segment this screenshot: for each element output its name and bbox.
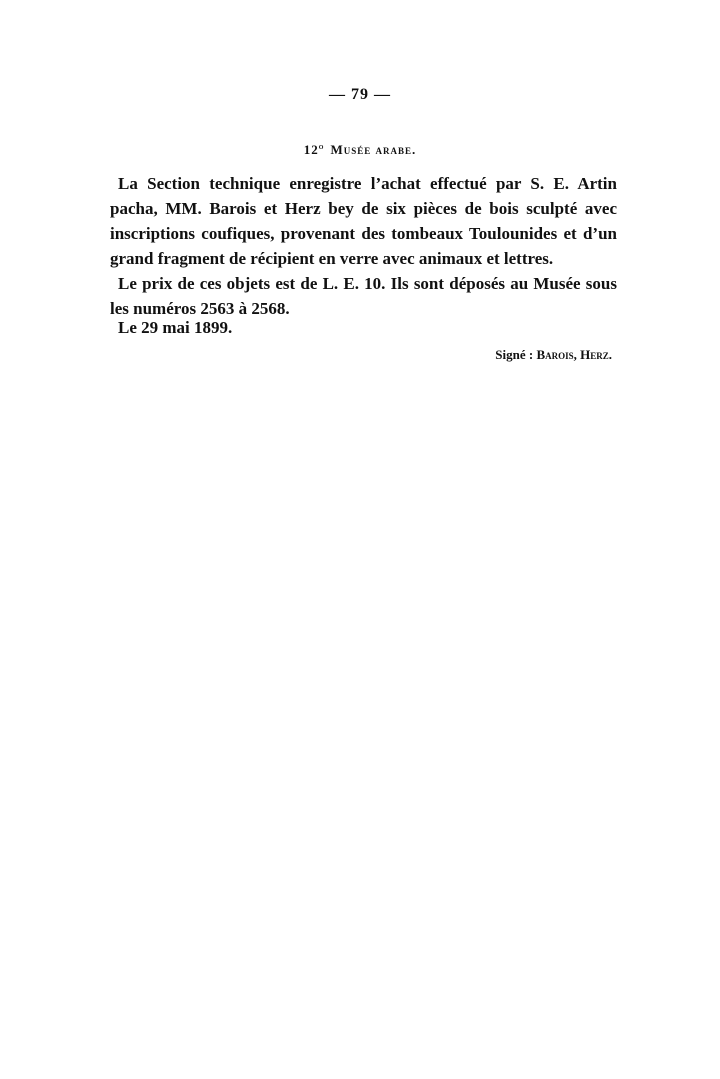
signature-label: Signé : (495, 347, 536, 362)
signature: Signé : Barois, Herz. (495, 347, 612, 363)
section-heading: 12oMusée arabe. (0, 141, 720, 158)
section-ordinal-suffix: o (319, 141, 325, 151)
section-ordinal-number: 12 (304, 142, 319, 157)
body-text: La Section technique enregistre l’achat … (110, 171, 617, 321)
section-title: Musée arabe. (330, 142, 416, 157)
paragraph-acquisition: La Section technique enregistre l’achat … (110, 171, 617, 271)
date-line: Le 29 mai 1899. (118, 318, 232, 338)
document-page: — 79 — 12oMusée arabe. La Section techni… (0, 0, 720, 1079)
page-number: — 79 — (0, 86, 720, 104)
signature-names: Barois, Herz. (536, 347, 612, 362)
section-ordinal: 12o (304, 142, 325, 157)
paragraph-price: Le prix de ces objets est de L. E. 10. I… (110, 271, 617, 321)
